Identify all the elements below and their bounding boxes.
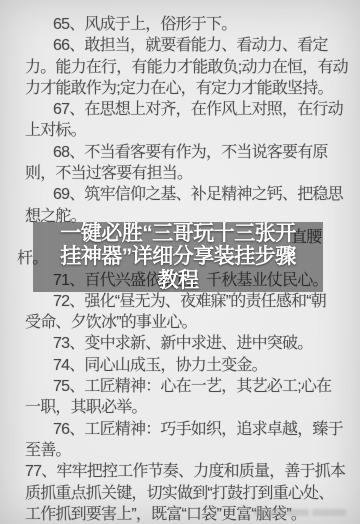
- text-line: 至善。: [25, 440, 360, 461]
- text-line: 72、强化“昼无为、夜难寐”的责任感和“朝: [25, 291, 360, 312]
- text-line: 则，不当过客要有担当。: [25, 163, 360, 184]
- text-line: 上对标。: [25, 120, 360, 141]
- watermark-glyph-blur: [254, 509, 284, 516]
- watermark-stamp-icon: [238, 506, 251, 519]
- watermark: [238, 504, 353, 520]
- photo-text-page: 65、风成于上，俗形于下。 66、敢担当，就要看能力、看动力、看定 力。能力在行…: [0, 0, 360, 524]
- text-line: 68、不当看客要有作为，不当说客要有原: [25, 142, 360, 163]
- text-line: 力。能力在行，有能力才能敢负;动力在恒，有动: [25, 57, 360, 78]
- text-line: 65、风成于上，俗形于下。: [25, 14, 360, 35]
- spam-banner-text: 挂神器”详细分享装挂步骤: [60, 245, 296, 268]
- spam-banner-overlay: 一键必胜“三哥玩十三张开 挂神器”详细分享装挂步骤 教程: [33, 222, 323, 292]
- text-line: 受命、夕饮冰”的事业心。: [25, 312, 360, 333]
- text-line: 66、敢担当，就要看能力、看动力、看定: [25, 35, 360, 56]
- text-line: 74、同心山成玉，协力土变金。: [25, 355, 360, 376]
- spam-banner-text: 教程: [158, 269, 199, 292]
- text-line: 73、变中求新、新中求进、进中突破。: [25, 333, 360, 354]
- text-line: 75、工匠精神：心在一艺，其艺必工;心在: [25, 376, 360, 397]
- text-line: 质抓重点抓关键，切实做到“打鼓打到重心处、: [25, 483, 360, 504]
- text-line: 69、筑牢信仰之基、补足精神之钙、把稳思: [25, 184, 360, 205]
- text-line: 76、工匠精神：巧手如织，追求卓越，臻于: [25, 419, 360, 440]
- text-line: 67、在思想上对齐，在作风上对照，在行动: [25, 99, 360, 120]
- watermark-glyph-blur: [287, 509, 309, 516]
- text-line: 77、牢牢把控工作节奏、力度和质量，善于抓本: [25, 461, 360, 482]
- watermark-glyph-blur: [312, 509, 346, 516]
- text-line: 力才能敢作为;定力在心，有定力才能敢坚持。: [25, 78, 360, 99]
- text-line: 一职，其职必举。: [25, 397, 360, 418]
- spam-banner-text: 一键必胜“三哥玩十三张开: [60, 222, 296, 245]
